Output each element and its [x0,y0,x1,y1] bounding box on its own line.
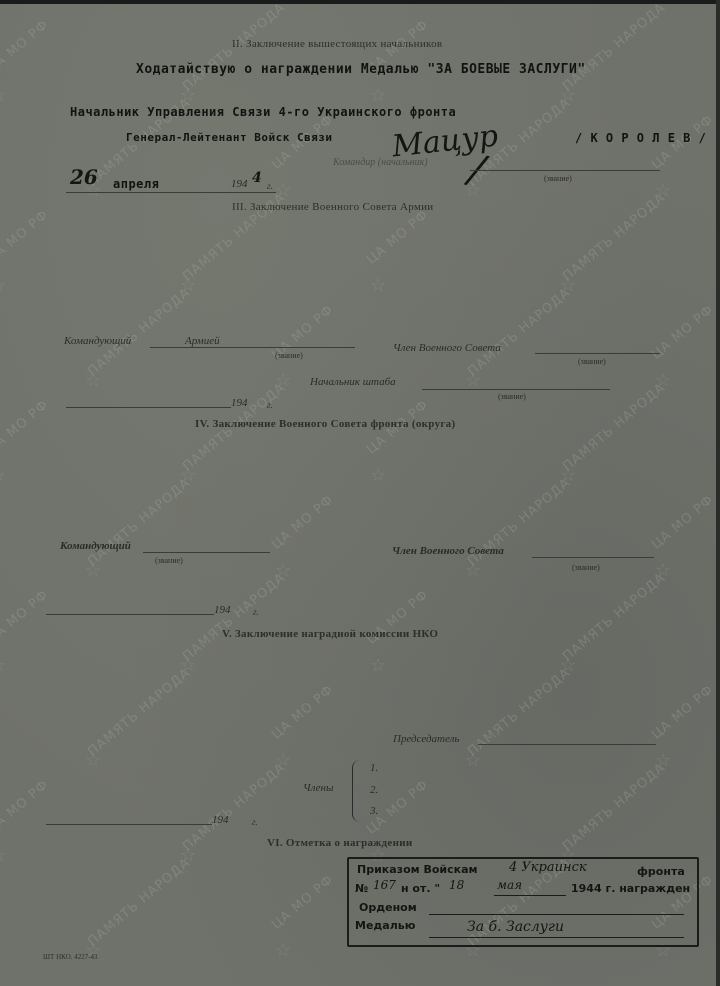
front-council-member-line [532,557,654,558]
date-month: апреля [113,177,159,191]
watermark-text: ПАМЯТЬ НАРОДА [85,855,193,949]
army-rank-caption: (звание) [275,351,303,360]
watermark-text: ПАМЯТЬ НАРОДА [85,285,193,379]
watermark-star-icon: ☆ [370,85,386,106]
stamp-order-label: Орденом [359,901,417,914]
commission-date-year: 194 [212,814,229,826]
watermark-star-icon: ☆ [370,465,386,486]
watermark-star-icon: ☆ [0,845,6,866]
petition-text: Ходатайствую о награждении Медалью "ЗА Б… [136,62,586,77]
watermark-star-icon: ☆ [0,655,6,676]
date-year-suffix: 4 [252,170,262,186]
stamp-front-word: фронта [637,865,685,878]
position-line-2: Генерал-Лейтенант Войск Связи [126,131,333,144]
commission-date-g: г. [252,817,258,827]
watermark-text: ПАМЯТЬ НАРОДА [465,665,573,759]
chief-of-staff-line [422,389,610,390]
section-3-heading: III. Заключение Военного Совета Армии [232,201,433,213]
stamp-number-value: 167 [373,878,396,892]
stamp-order-by: Приказом Войскам [357,863,478,876]
section-2-heading: II. Заключение вышестоящих начальников [232,38,442,50]
army-date-year: 194 [231,397,248,409]
section-6-heading: VI. Отметка о награждении [267,837,413,849]
front-commander-line [143,552,270,553]
watermark-star-icon: ☆ [0,85,6,106]
army-date-g: г. [267,400,273,410]
member-2: 2. [370,784,378,796]
watermark-text: ПАМЯТЬ НАРОДА [465,285,573,379]
watermark-text: ЦА МО РФ [0,397,52,457]
members-brace [352,760,363,822]
watermark-star-icon: ☆ [85,370,101,391]
chairman-label: Председатель [393,733,459,745]
stamp-month-line [494,895,566,896]
watermark-text: ЦА МО РФ [0,17,52,77]
watermark-text: ЦА МО РФ [649,682,717,742]
commander-caption: Командир (начальник) [333,157,428,168]
front-rank-caption: (звание) [155,556,183,565]
date-line [66,192,276,193]
stamp-order-line [429,914,684,915]
date-g: г. [267,181,273,191]
army-council-member-line [535,353,660,354]
footer-code: ШТ НКО. 4227-43 [43,953,98,961]
front-date-year: 194 [214,604,231,616]
watermark-text: ЦА МО РФ [0,207,52,267]
stamp-number-label: № [355,882,368,895]
stamp-month-value: мая [497,878,522,892]
watermark-star-icon: ☆ [465,370,481,391]
watermark-text: ПАМЯТЬ НАРОДА [560,190,668,284]
document-page: ЦА МО РФ☆ПАМЯТЬ НАРОДА☆ЦА МО РФ☆ПАМЯТЬ Н… [0,0,720,986]
watermark-text: ПАМЯТЬ НАРОДА [560,570,668,664]
award-stamp: Приказом Войскам 4 Украинск фронта № 167… [347,857,699,947]
front-commander-label: Командующий [60,540,131,552]
commission-date-line [46,824,212,825]
watermark-star-icon: ☆ [370,275,386,296]
army-council-rank-caption: (звание) [578,357,606,366]
position-line-1: Начальник Управления Связи 4-го Украинск… [70,105,456,119]
rank-caption: (звание) [544,174,572,183]
front-council-rank-caption: (звание) [572,563,600,572]
watermark-text: ПАМЯТЬ НАРОДА [180,570,288,664]
stamp-medal-label: Медалью [355,919,415,932]
army-date-line [66,407,231,408]
stamp-year-label: 1944 г. награжден [571,882,690,895]
watermark-star-icon: ☆ [465,560,481,581]
member-1: 1. [370,762,378,774]
stamp-day-value: 18 [449,878,464,892]
watermark-text: ПАМЯТЬ НАРОДА [560,380,668,474]
stamp-front-handwritten: 4 Украинск [509,860,587,875]
stamp-medal-value: За б. Заслуги [467,919,564,935]
army-commander-line [150,347,355,348]
stamp-medal-line [429,937,684,938]
members-label: Члены [303,782,333,794]
section-5-heading: V. Заключение наградной комиссии НКО [222,628,438,640]
chief-of-staff-label: Начальник штаба [310,376,396,388]
chief-rank-caption: (звание) [498,392,526,401]
watermark-star-icon: ☆ [0,275,6,296]
watermark-text: ЦА МО РФ [269,872,337,932]
watermark-text: ЦА МО РФ [649,492,717,552]
watermark-text: ЦА МО РФ [0,777,52,837]
watermark-star-icon: ☆ [85,560,101,581]
right-border [716,0,720,986]
front-council-member-label: Член Военного Совета [392,545,504,557]
watermark-star-icon: ☆ [370,655,386,676]
watermark-text: ЦА МО РФ [0,587,52,647]
signature-line [470,170,660,171]
chairman-line [478,744,656,745]
date-year-prefix: 194 [231,178,248,190]
watermark-text: ПАМЯТЬ НАРОДА [560,0,668,94]
member-3: 3. [370,805,378,817]
front-date-line [46,614,214,615]
watermark-star-icon: ☆ [85,750,101,771]
army-commander-label: Командующий [64,335,131,347]
army-council-member-label: Член Военного Совета [393,342,501,354]
top-border [0,0,720,4]
watermark-text: ПАМЯТЬ НАРОДА [560,760,668,854]
stamp-from-label: н от. " [401,882,440,895]
date-day: 26 [70,165,98,189]
section-4-heading: IV. Заключение Военного Совета фронта (о… [195,418,455,430]
watermark-star-icon: ☆ [0,465,6,486]
watermark-star-icon: ☆ [275,940,291,961]
watermark-text: ЦА МО РФ [364,207,432,267]
surname: / К О Р О Л Е В / [575,131,706,145]
watermark-text: ПАМЯТЬ НАРОДА [85,665,193,759]
front-date-g: г. [253,607,259,617]
watermark-star-icon: ☆ [465,750,481,771]
watermark-text: ЦА МО РФ [269,682,337,742]
watermark-text: ЦА МО РФ [269,492,337,552]
army-commander-value: Армией [185,335,220,347]
